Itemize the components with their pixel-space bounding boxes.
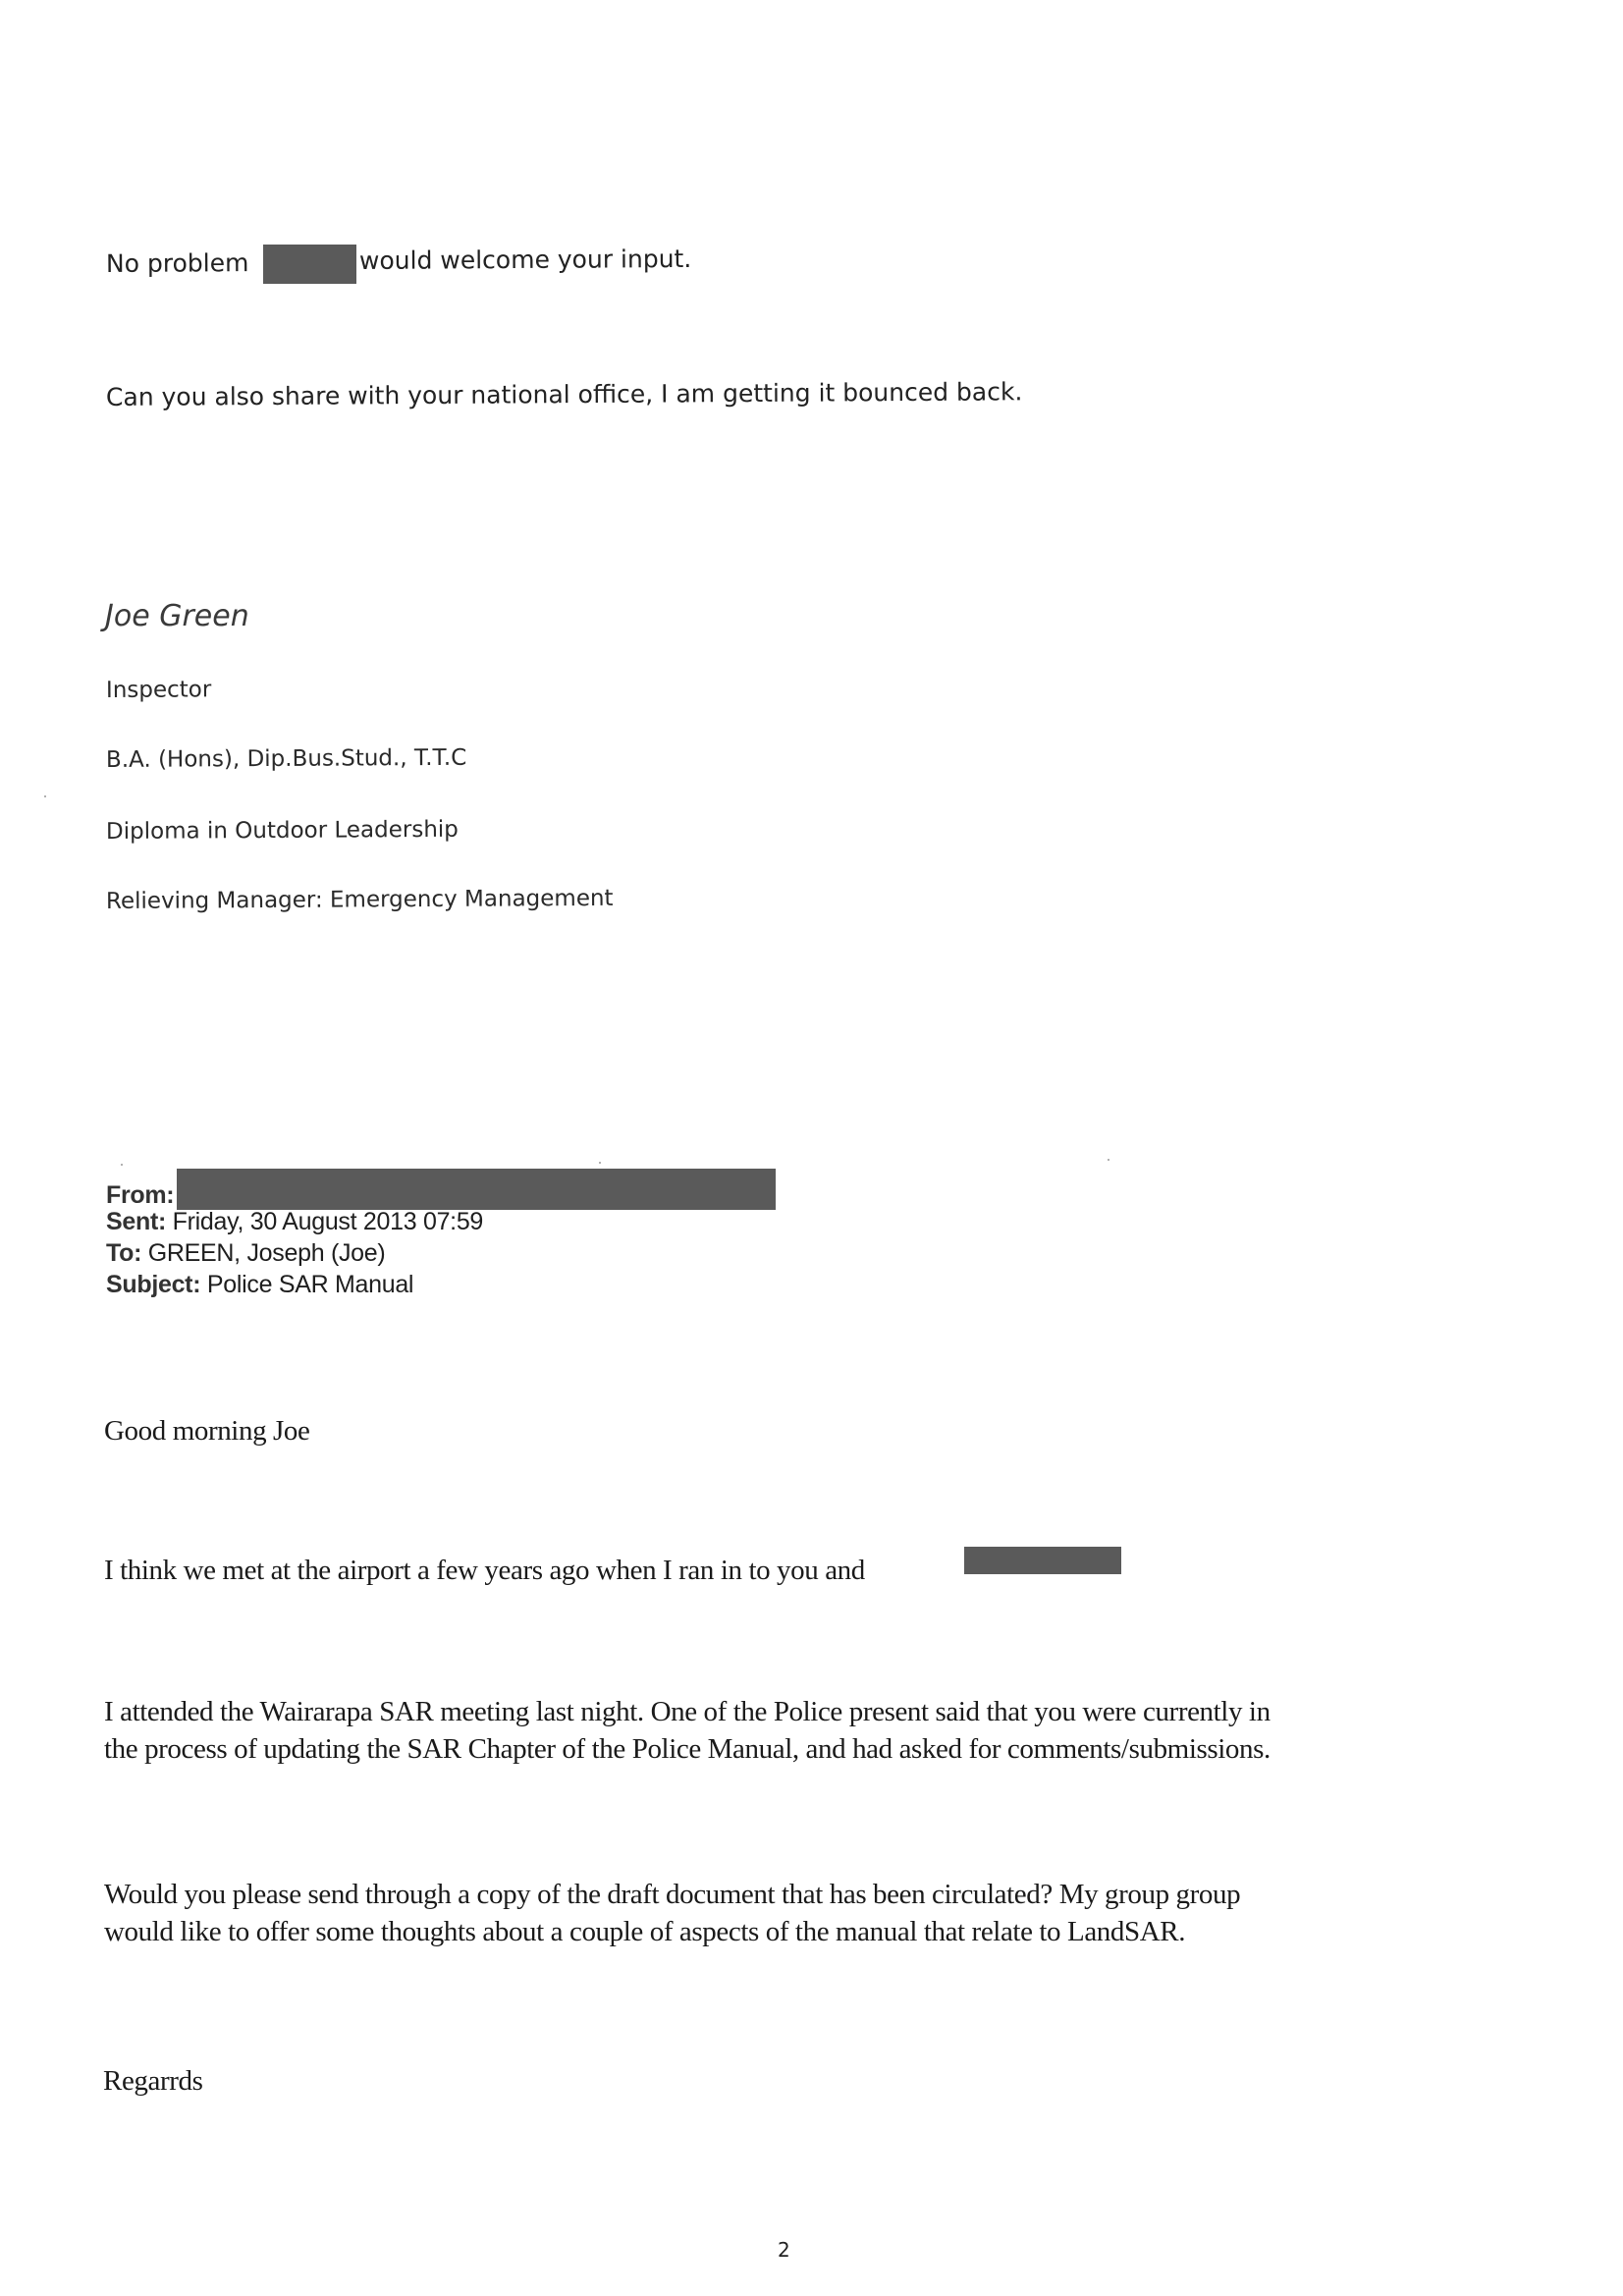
signature-qualifications: B.A. (Hons), Dip.Bus.Stud., T.T.C [106,745,466,773]
reply-line-1-start: No problem [106,248,249,278]
scan-speck [599,1162,601,1164]
email-paragraph-1: I think we met at the airport a few year… [104,1552,865,1589]
to-label: To: [106,1239,141,1267]
sent-label: Sent: [106,1208,166,1235]
email-to-row: To: GREEN, Joseph (Joe) [106,1239,385,1268]
scan-speck [44,795,46,797]
subject-value: Police SAR Manual [207,1271,413,1298]
signature-name: Joe Green [105,599,249,633]
email-subject-row: Subject: Police SAR Manual [106,1271,413,1299]
email-paragraph-2-line-1: I attended the Wairarapa SAR meeting las… [104,1693,1271,1730]
reply-line-2: Can you also share with your national of… [106,377,1023,411]
signature-title: Inspector [106,677,211,703]
email-paragraph-3-line-1: Would you please send through a copy of … [104,1876,1240,1913]
from-redaction-block [177,1169,776,1210]
email-paragraph-3-line-2: would like to offer some thoughts about … [104,1913,1185,1950]
signature-role: Relieving Manager: Emergency Management [106,886,614,914]
to-value: GREEN, Joseph (Joe) [148,1239,386,1267]
email-closing: Regarrds [103,2062,203,2100]
redaction-block [263,245,356,284]
reply-line-1: No problem [106,248,249,278]
redaction-block-2 [964,1547,1121,1574]
email-paragraph-2-line-2: the process of updating the SAR Chapter … [104,1730,1271,1768]
reply-line-1-end: would welcome your input. [359,245,691,275]
signature-diploma: Diploma in Outdoor Leadership [106,817,459,845]
scan-speck [1108,1159,1109,1161]
scan-speck [121,1164,123,1166]
subject-label: Subject: [106,1271,200,1298]
from-label: From: [106,1181,174,1209]
page-number: 2 [778,2238,790,2262]
email-from-row: From: [106,1181,174,1210]
email-sent-row: Sent: Friday, 30 August 2013 07:59 [106,1208,483,1236]
email-greeting: Good morning Joe [104,1412,309,1449]
sent-value: Friday, 30 August 2013 07:59 [173,1208,483,1235]
